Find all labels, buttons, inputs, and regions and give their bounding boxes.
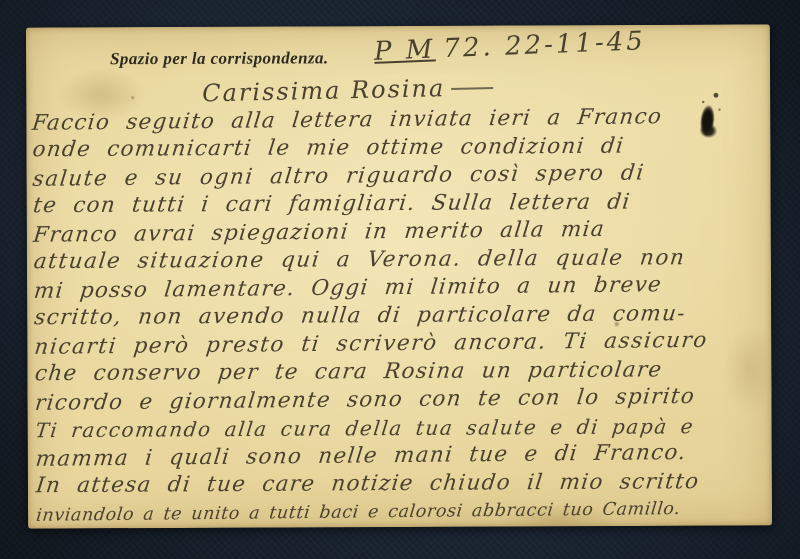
postmark-pm-prefix: P M <box>374 34 437 66</box>
postmark-date-value: 72. 22-11-45 <box>443 26 646 64</box>
ink-blot <box>689 81 729 142</box>
postmark-date: P M72. 22-11-45 <box>374 26 647 67</box>
postcard: Spazio per la corrispondenza. P M72. 22-… <box>26 24 772 528</box>
salutation: Carissima Rosina <box>202 73 494 107</box>
photo-backdrop: Spazio per la corrispondenza. P M72. 22-… <box>0 0 800 559</box>
printed-correspondence-label: Spazio per la corrispondenza. <box>110 48 329 69</box>
ink-speck <box>130 95 135 100</box>
letter-body: Faccio seguito alla lettera inviata ieri… <box>32 102 771 528</box>
